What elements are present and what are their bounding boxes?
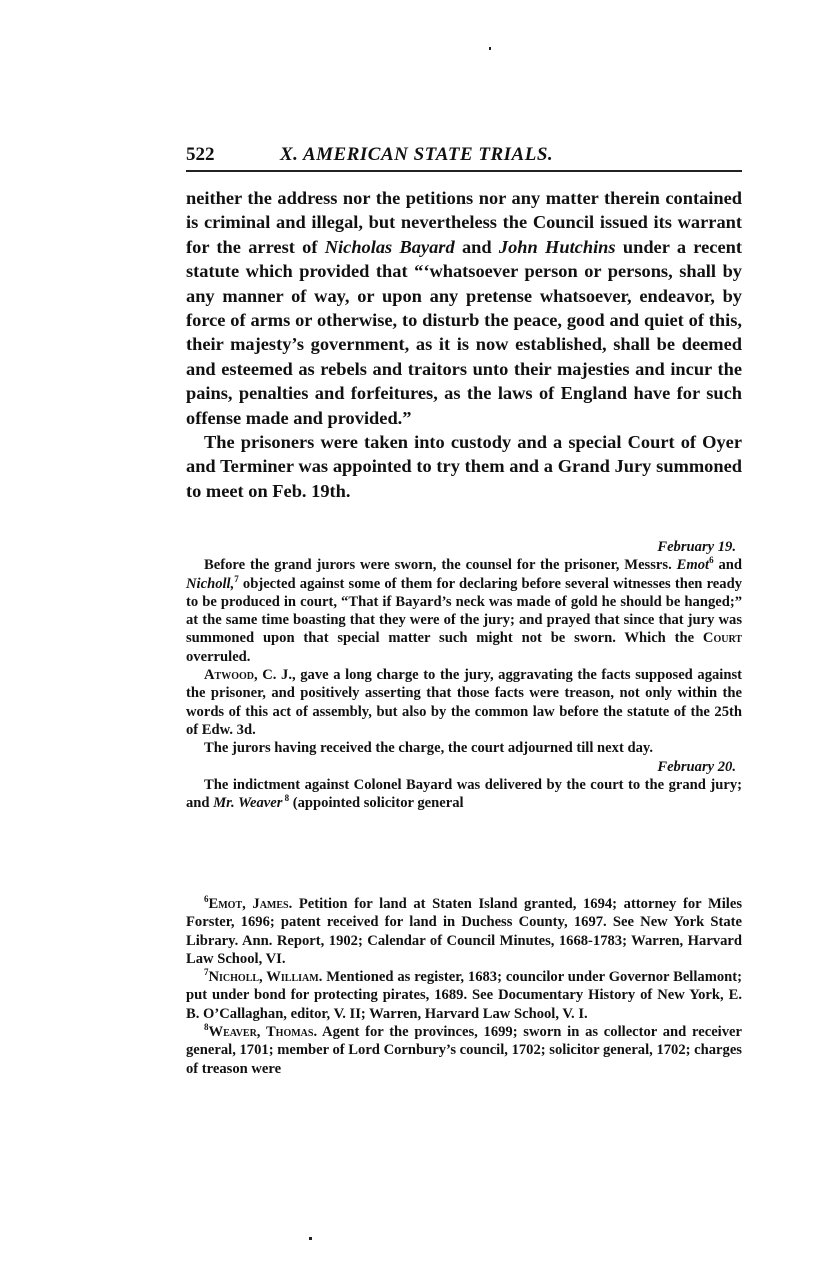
italic-run: Nicholl,: [186, 576, 234, 592]
footnote-6: 6Emot, James. Petition for land at State…: [186, 895, 742, 968]
proceedings-paragraph-1: Before the grand jurors were sworn, the …: [186, 556, 742, 666]
text-run: and: [714, 557, 742, 573]
page-number: 522: [186, 144, 215, 166]
running-title: X. AMERICAN STATE TRIALS.: [280, 144, 553, 166]
text-run: Nicholl, William: [209, 969, 319, 985]
italic-run: John Hutchins: [499, 237, 616, 257]
proceedings: February 19. Before the grand jurors wer…: [186, 538, 742, 812]
text-run: Before the grand jurors were sworn, the …: [204, 557, 677, 573]
text-run: and: [455, 237, 499, 257]
date-heading-feb-20: February 20.: [186, 758, 742, 776]
footnote-8: 8Weaver, Thomas. Agent for the provinces…: [186, 1023, 742, 1078]
scan-speck-top: [489, 47, 491, 50]
text-run: Atwood: [204, 667, 254, 683]
footnote-7: 7Nicholl, William. Mentioned as register…: [186, 968, 742, 1023]
text-run: (appointed solicitor general: [289, 795, 463, 811]
italic-run: Mr. Weaver: [213, 795, 282, 811]
italic-run: Nicholas Bayard: [325, 237, 455, 257]
scan-speck-bottom: [309, 1237, 312, 1240]
date-heading-feb-19: February 19.: [186, 538, 742, 556]
text-run: overruled.: [186, 649, 250, 665]
main-text: neither the address nor the petitions no…: [186, 186, 742, 503]
proceedings-paragraph-3: The jurors having received the charge, t…: [186, 739, 742, 757]
text-run: , C. J., gave a long charge to the jury,…: [186, 667, 742, 738]
header-rule: [186, 170, 742, 172]
proceedings-paragraph-2: Atwood, C. J., gave a long charge to the…: [186, 666, 742, 739]
main-paragraph-2: The prisoners were taken into custody an…: [186, 430, 742, 503]
text-run: Court: [703, 630, 742, 646]
page-header: 522 X. AMERICAN STATE TRIALS.: [186, 144, 742, 168]
italic-run: Emot: [677, 557, 709, 573]
text-run: Weaver, Thomas: [209, 1024, 314, 1040]
proceedings-paragraph-4: The indictment against Colonel Bayard wa…: [186, 776, 742, 813]
text-run: under a recent statute which provided th…: [186, 237, 742, 428]
text-run: objected against some of them for declar…: [186, 576, 742, 647]
main-paragraph-1: neither the address nor the petitions no…: [186, 186, 742, 430]
footnotes: 6Emot, James. Petition for land at State…: [186, 895, 742, 1078]
text-run: Emot, James: [209, 896, 289, 912]
